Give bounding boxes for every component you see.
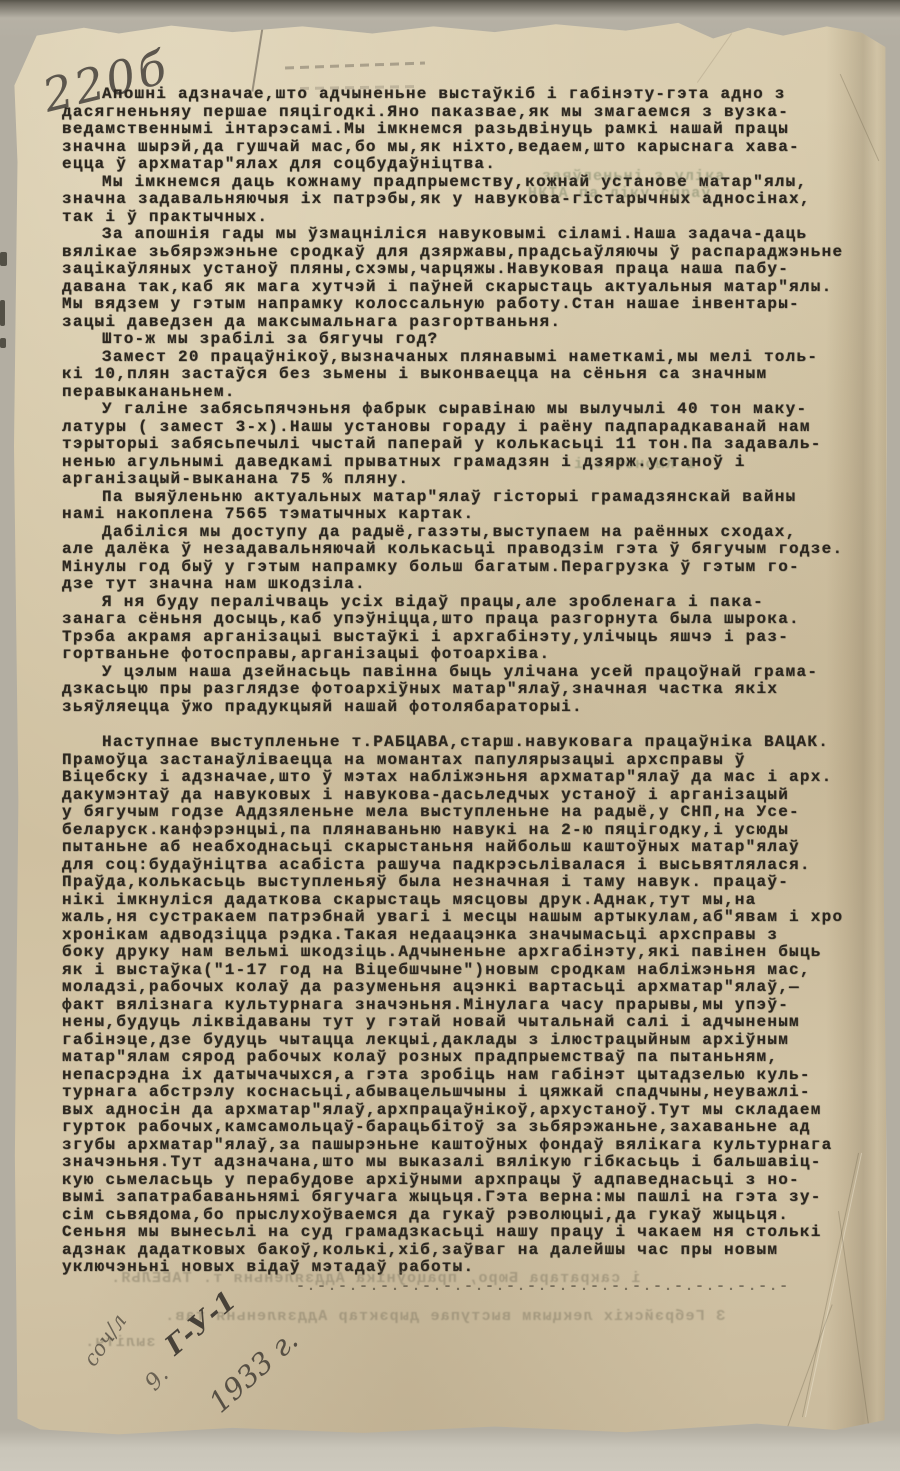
paragraph: Дабіліся мы доступу да радыё,газэты,выст…	[62, 524, 874, 594]
typed-line: значна шырэй,да гушчай мас,бо мы,як ніхт…	[62, 139, 874, 157]
paragraph: Апошні адзначае,што адчыненьне выстаўкіб…	[62, 86, 874, 174]
paragraph: У цэлым наша дзейнасьць павінна быць улі…	[62, 664, 874, 717]
paragraph: Па выяўленьню актуальных матар"ялаў гіст…	[62, 489, 874, 524]
paragraph: За апошнія гады мы ўзмацніліся навуковым…	[62, 226, 874, 331]
typed-line: дасягненьняу першае пяцігодкі.Яно паказв…	[62, 104, 874, 122]
typed-line: уключэньні новых відаў мэтадаў работы.	[62, 1259, 874, 1277]
typed-line: згубы архматар"ялаў,за пашырэньне каштоў…	[62, 1137, 874, 1155]
handwritten-mark: соч/л	[79, 1309, 132, 1370]
typed-line: Мы імкнемся даць кожнаму прадпрыемству,к…	[62, 174, 874, 192]
typed-text-block: Апошні адзначае,што адчыненьне выстаўкіб…	[62, 86, 874, 1277]
handwritten-mark: 9.	[140, 1362, 174, 1396]
typed-line: Апошні адзначае,што адчыненьне выстаўкіб…	[62, 86, 874, 104]
paper-sheet: 220б заяўленьні з уліка НКІА па ліку спр…	[14, 20, 888, 1440]
typed-line: ецца ў архматар"ялах для соцбудаўніцтва.	[62, 156, 874, 174]
typed-line: Наступнае выступленьне т.РАБЦАВА,старш.н…	[62, 734, 874, 752]
typed-line: Прамоўца застанаўліваецца на момантах па…	[62, 752, 874, 770]
typed-line: зьяўляецца ўжо прадукцыяй нашай фотоляба…	[62, 699, 874, 717]
typed-line: вялікае зьбярэжэньне сродкаў для дзяржав…	[62, 244, 874, 262]
paper-crease	[697, 33, 732, 83]
scan-edge-mark	[0, 252, 7, 266]
bleedthrough-line: З Гебрэйскіх лекцыям выступае дырэктар А…	[164, 1308, 725, 1325]
pencil-stroke	[251, 20, 264, 91]
typed-line: боку друку нам вельмі шкодзіць.Адчыненьн…	[62, 944, 874, 962]
typed-line: Замест 20 працаўнікоў,вызначаных плянавы…	[62, 349, 874, 367]
typed-line: так і ў практычных.	[62, 209, 874, 227]
scan-edge-mark	[0, 338, 6, 348]
typed-line: Я ня буду пералічваць усіх відаў працы,а…	[62, 594, 874, 612]
typed-line: Трэба акрамя арганізацыі выстаўкі і архг…	[62, 629, 874, 647]
typed-line: За апошнія гады мы ўзмацніліся навуковым…	[62, 226, 874, 244]
typed-line: нены,будуць ліквідаваны тут у гэтай нова…	[62, 1014, 874, 1032]
typed-line: ведамственнымі інтарэсамі.Мы імкнемся ра…	[62, 121, 874, 139]
scan-edge-mark	[0, 300, 5, 326]
typed-line: гурток рабочых,камсамольцаў-барацьбітоў …	[62, 1119, 874, 1137]
typed-line: Мы вядзем у гэтым напрамку колоссальную …	[62, 296, 874, 314]
typed-line: матар"ялам сярод рабочых колаў розных пр…	[62, 1049, 874, 1067]
typed-line: непасрэдна іх датычачыхся,а гэта зробіць…	[62, 1067, 874, 1085]
handwritten-date: 1933 г.	[202, 1323, 304, 1420]
typed-line: давана так,каб як мага хутчэй і паўней с…	[62, 279, 874, 297]
typed-line: адзнак дадатковых бакоў,колькі,хіб,заўва…	[62, 1242, 874, 1260]
pencil-scribble	[285, 62, 425, 70]
typed-line: Мінулы год быў у гэтым напрамку больш ба…	[62, 559, 874, 577]
typed-line: але далёка ў незадавальняючай колькасьці…	[62, 541, 874, 559]
paragraph: Замест 20 працаўнікоў,вызначаных плянавы…	[62, 349, 874, 402]
typed-line: нікі імкнуліся дадаткова скарыстаць мясц…	[62, 892, 874, 910]
typed-line: Праўда,колькасьць выступленьяў была незн…	[62, 874, 874, 892]
typed-line: у бягучым годзе Аддзяленьне мела выступл…	[62, 804, 874, 822]
typed-line: беларуск.канфэрэнцыі,па плянаваньню наву…	[62, 822, 874, 840]
typed-line: жаль,ня сустракаем патрэбнай увагі і мес…	[62, 909, 874, 927]
typed-line: як і выстаўка("1-17 год на Віцебшчыне")н…	[62, 962, 874, 980]
typed-line: перавыкананьнем.	[62, 384, 874, 402]
typed-line: занага сёньня досыць,каб упэўніцца,што п…	[62, 611, 874, 629]
typed-line: У цэлым наша дзейнасьць павінна быць улі…	[62, 664, 874, 682]
typed-line: зацыі даведзен да максымальнага разгортв…	[62, 314, 874, 332]
handwritten-mark: Г-У-1	[160, 1285, 243, 1361]
typed-line: значэньня.Тут адзначана,што мы выказалі …	[62, 1154, 874, 1172]
typed-line: Па выяўленьню актуальных матар"ялаў гіст…	[62, 489, 874, 507]
typed-line: факт вялізнага культурнага значэньня.Мін…	[62, 997, 874, 1015]
typed-line: пытаньне аб неабходнасьці скарыстаньня н…	[62, 839, 874, 857]
typed-line: дзкасьцю пры разглядзе фотоархіўных мата…	[62, 681, 874, 699]
typed-line: ненью агульнымі даведкамі прыватных грам…	[62, 454, 874, 472]
typed-line: У галіне забясьпячэньня фабрык сыравінаю…	[62, 401, 874, 419]
typed-line: Дабіліся мы доступу да радыё,газэты,выст…	[62, 524, 874, 542]
typed-line: габінэце,дзе будуць чытацца лекцыі,дакла…	[62, 1032, 874, 1050]
typed-line: дзе тут значна нам шкодзіла.	[62, 576, 874, 594]
paragraph: Наступнае выступленьне т.РАБЦАВА,старш.н…	[62, 734, 874, 1277]
typed-line: Віцебску і адзначае,што ў мэтах набліжэн…	[62, 769, 874, 787]
typed-line: вымі запатрабаваньнямі бягучага жыцьця.Г…	[62, 1189, 874, 1207]
paragraph: Я ня буду пералічваць усіх відаў працы,а…	[62, 594, 874, 664]
typed-line: Сеньня мы вынесьлі на суд грамадзкасьці …	[62, 1224, 874, 1242]
typed-line: кую сьмеласьць у перабудове архіўными ар…	[62, 1172, 874, 1190]
paper-crease	[780, 1304, 832, 1445]
typed-line: гортваньне фотосправы,арганізацыі фотоар…	[62, 646, 874, 664]
typed-line: латуры ( замест 3-х).Нашы установы горад…	[62, 419, 874, 437]
typed-line: вых адносін да архматар"ялаў,архпрацаўні…	[62, 1102, 874, 1120]
typed-line: намі накоплена 7565 тэматычных картак.	[62, 506, 874, 524]
typed-line: тэрыторыі забясьпечылі чыстай паперай у …	[62, 436, 874, 454]
typed-line: моладзі,рабочых колаў да разуменьня ацэн…	[62, 979, 874, 997]
paragraph: Мы імкнемся даць кожнаму прадпрыемству,к…	[62, 174, 874, 227]
typed-divider: -.-.-.-.-.-.-.-.-.-.-.-.-.-.-.-.-.-.-.-.…	[296, 1278, 876, 1295]
typed-line: зацікаўляных устаноў пляны,схэмы,чарцяжы…	[62, 261, 874, 279]
typed-line: для соц:будаўніцтва асабіста рашуча падк…	[62, 857, 874, 875]
paragraph: У галіне забясьпячэньня фабрык сыравінаю…	[62, 401, 874, 489]
typed-line: кі 10,плян застаўся без зьмены і выконва…	[62, 366, 874, 384]
paragraph: Што-ж мы зрабілі за бягучы год?	[62, 331, 874, 349]
typed-line: дакумэнтаў да навуковых і навукова-дасьл…	[62, 787, 874, 805]
typed-line: значна задавальняючыя іх патрэбы,як у на…	[62, 191, 874, 209]
typed-line: арганізацый-выканана 75 % пляну.	[62, 471, 874, 489]
typed-line: Што-ж мы зрабілі за бягучы год?	[62, 331, 874, 349]
typed-line: сім сьвядома,бо прыслухоўваемся да гукаў…	[62, 1207, 874, 1225]
typed-line: турнага абстрэлу коснасьці,абывацельшчын…	[62, 1084, 874, 1102]
typed-line: хронікам адводзіцца рэдка.Такая недаацэн…	[62, 927, 874, 945]
